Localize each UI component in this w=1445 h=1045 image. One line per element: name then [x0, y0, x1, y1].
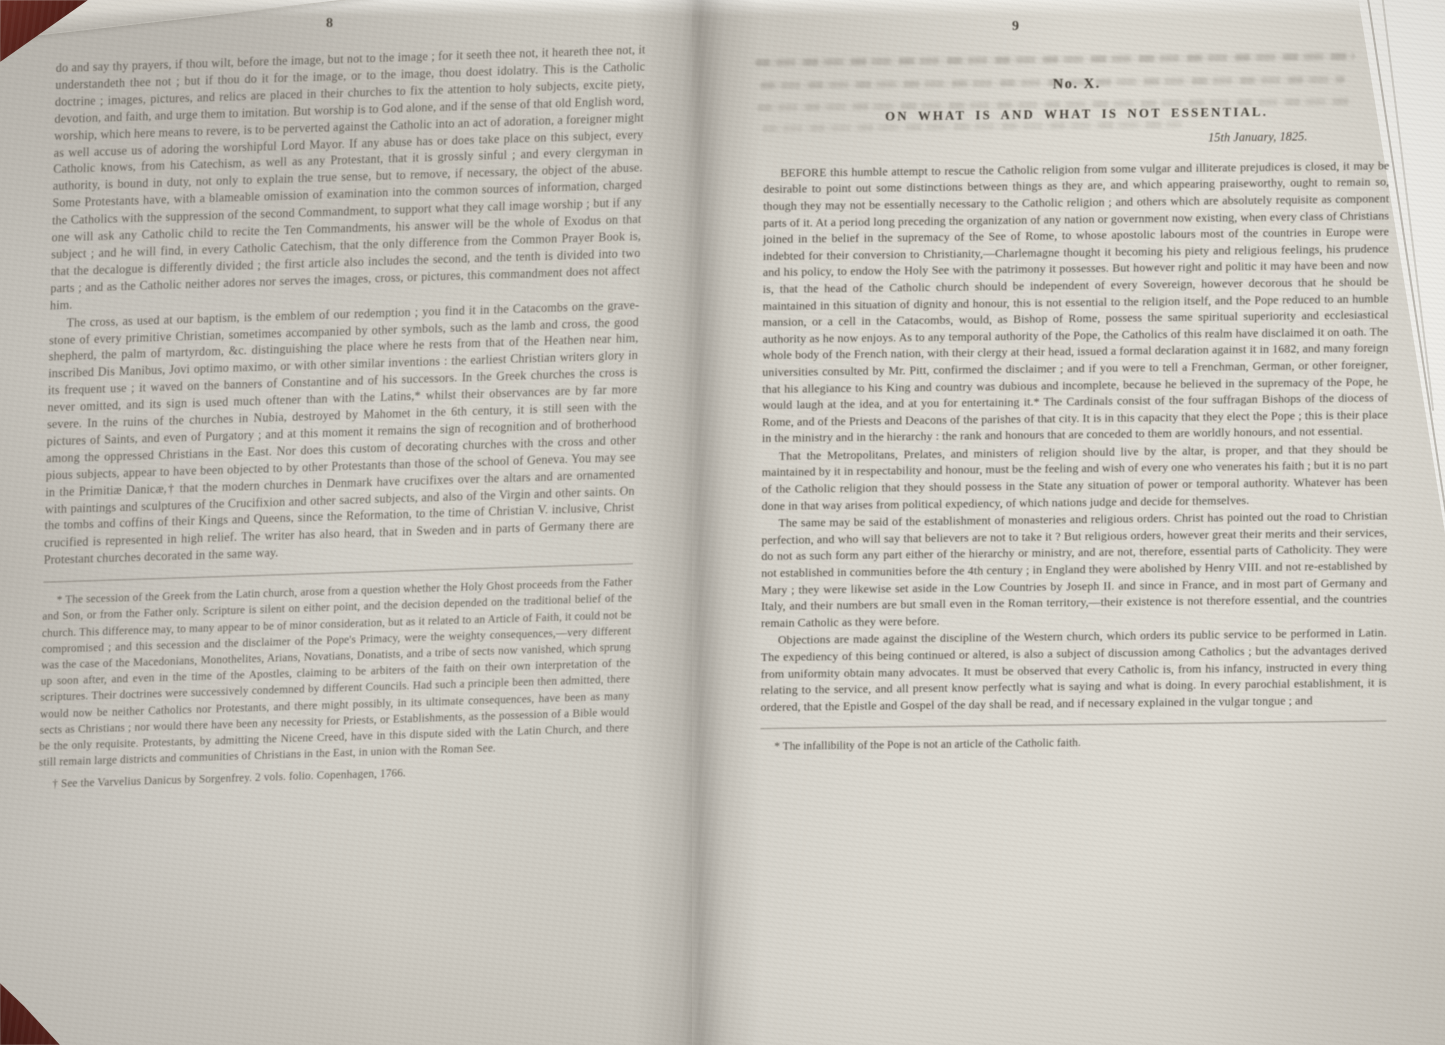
footnote-secession: * The secession of the Greek from the La…	[39, 574, 633, 771]
right-paragraph-objections: Objections are made against the discipli…	[761, 625, 1387, 716]
right-paragraph-before: BEFORE this humble attempt to rescue the…	[762, 157, 1389, 447]
article-number-heading: No. X.	[764, 72, 1390, 96]
right-paragraph-monasteries: The same may be said of the establishmen…	[761, 508, 1388, 632]
right-paragraph-metropolitans: That the Metropolitans, Prelates, and mi…	[762, 440, 1388, 514]
left-page-text: do and say thy prayers, if thou wilt, be…	[38, 41, 646, 793]
page-number-right: 9	[1012, 19, 1019, 35]
left-footnotes: * The secession of the Greek from the La…	[38, 574, 633, 793]
article-title: ON WHAT IS AND WHAT IS NOT ESSENTIAL.	[764, 102, 1390, 126]
left-paragraph-cross: The cross, as used at our baptism, is th…	[44, 296, 640, 568]
left-paragraph-continuation: do and say thy prayers, if thou wilt, be…	[50, 41, 646, 313]
footnote-separator	[760, 721, 1386, 730]
page-top-edge	[692, 0, 1445, 16]
article-date: 15th January, 1825.	[763, 128, 1389, 152]
book-photo: 8 9 do and say thy prayers, if thou wilt…	[0, 0, 1445, 1045]
page-number-left: 8	[326, 16, 333, 32]
right-page-text: No. X. ON WHAT IS AND WHAT IS NOT ESSENT…	[760, 42, 1390, 755]
